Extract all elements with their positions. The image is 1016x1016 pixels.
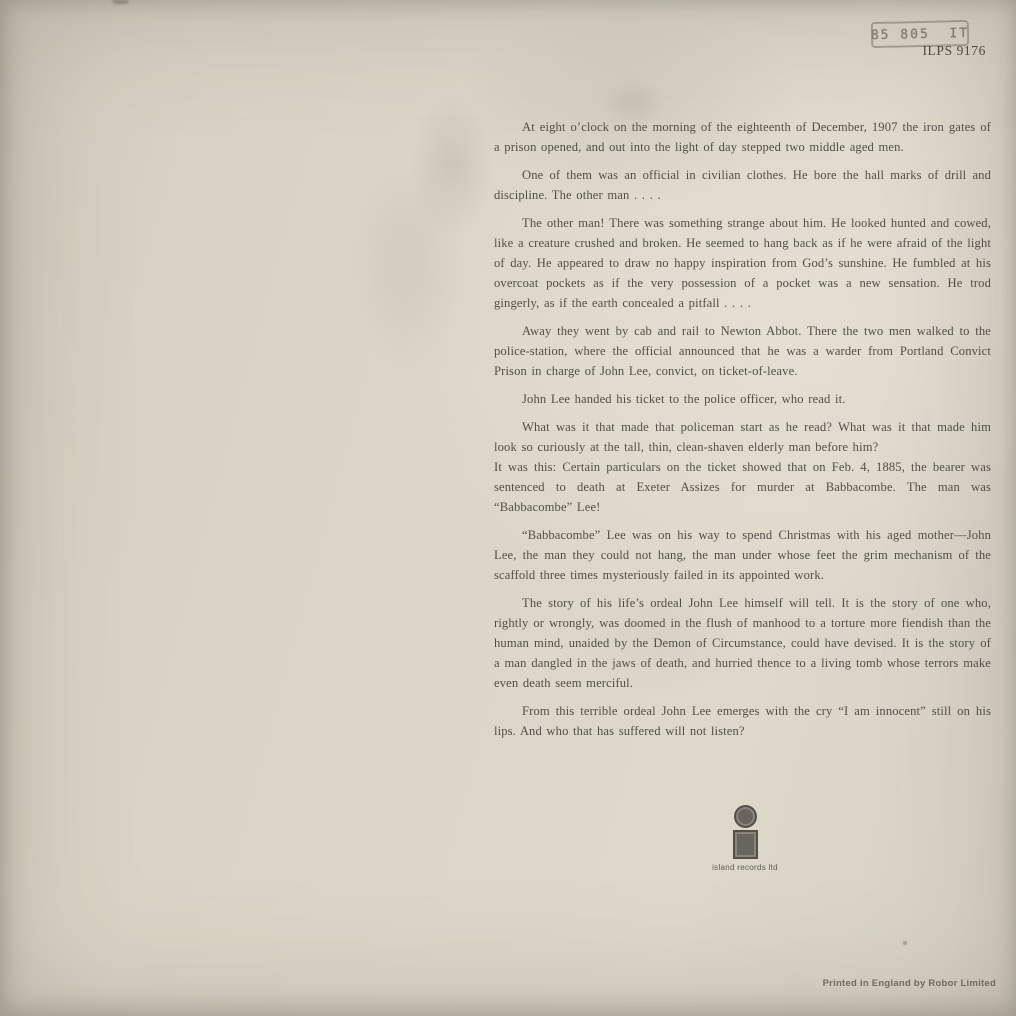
paragraph: Away they went by cab and rail to Newton…	[494, 321, 991, 381]
paper-speck	[903, 941, 907, 945]
paragraph: The story of his life’s ordeal John Lee …	[494, 593, 991, 693]
logo-caption: island records ltd	[712, 863, 778, 872]
paragraph: John Lee handed his ticket to the police…	[494, 389, 991, 409]
logo-i-body	[733, 830, 758, 859]
paragraph: One of them was an official in civilian …	[494, 165, 991, 205]
island-records-logo: island records ltd	[712, 805, 778, 872]
paragraph: What was it that made that policeman sta…	[494, 417, 991, 457]
catalog-number: ILPS 9176	[922, 43, 986, 59]
album-back-cover: 85 805 IT ILPS 9176 At eight o’clock on …	[0, 0, 1016, 1016]
paper-blemish	[112, 0, 129, 4]
printer-credit: Printed in England by Robor Limited	[823, 978, 996, 989]
liner-notes: At eight o’clock on the morning of the e…	[494, 117, 991, 741]
stamp-number: 85 805 IT	[871, 25, 970, 42]
logo-i-dot	[734, 805, 757, 828]
paper-smudge	[612, 88, 656, 118]
paragraph: From this terrible ordeal John Lee emerg…	[494, 701, 991, 741]
paragraph: The other man! There was something stran…	[494, 213, 991, 313]
paragraph: At eight o’clock on the morning of the e…	[494, 117, 991, 157]
paragraph: It was this: Certain particulars on the …	[494, 457, 991, 517]
paragraph: “Babbacombe” Lee was on his way to spend…	[494, 525, 991, 585]
